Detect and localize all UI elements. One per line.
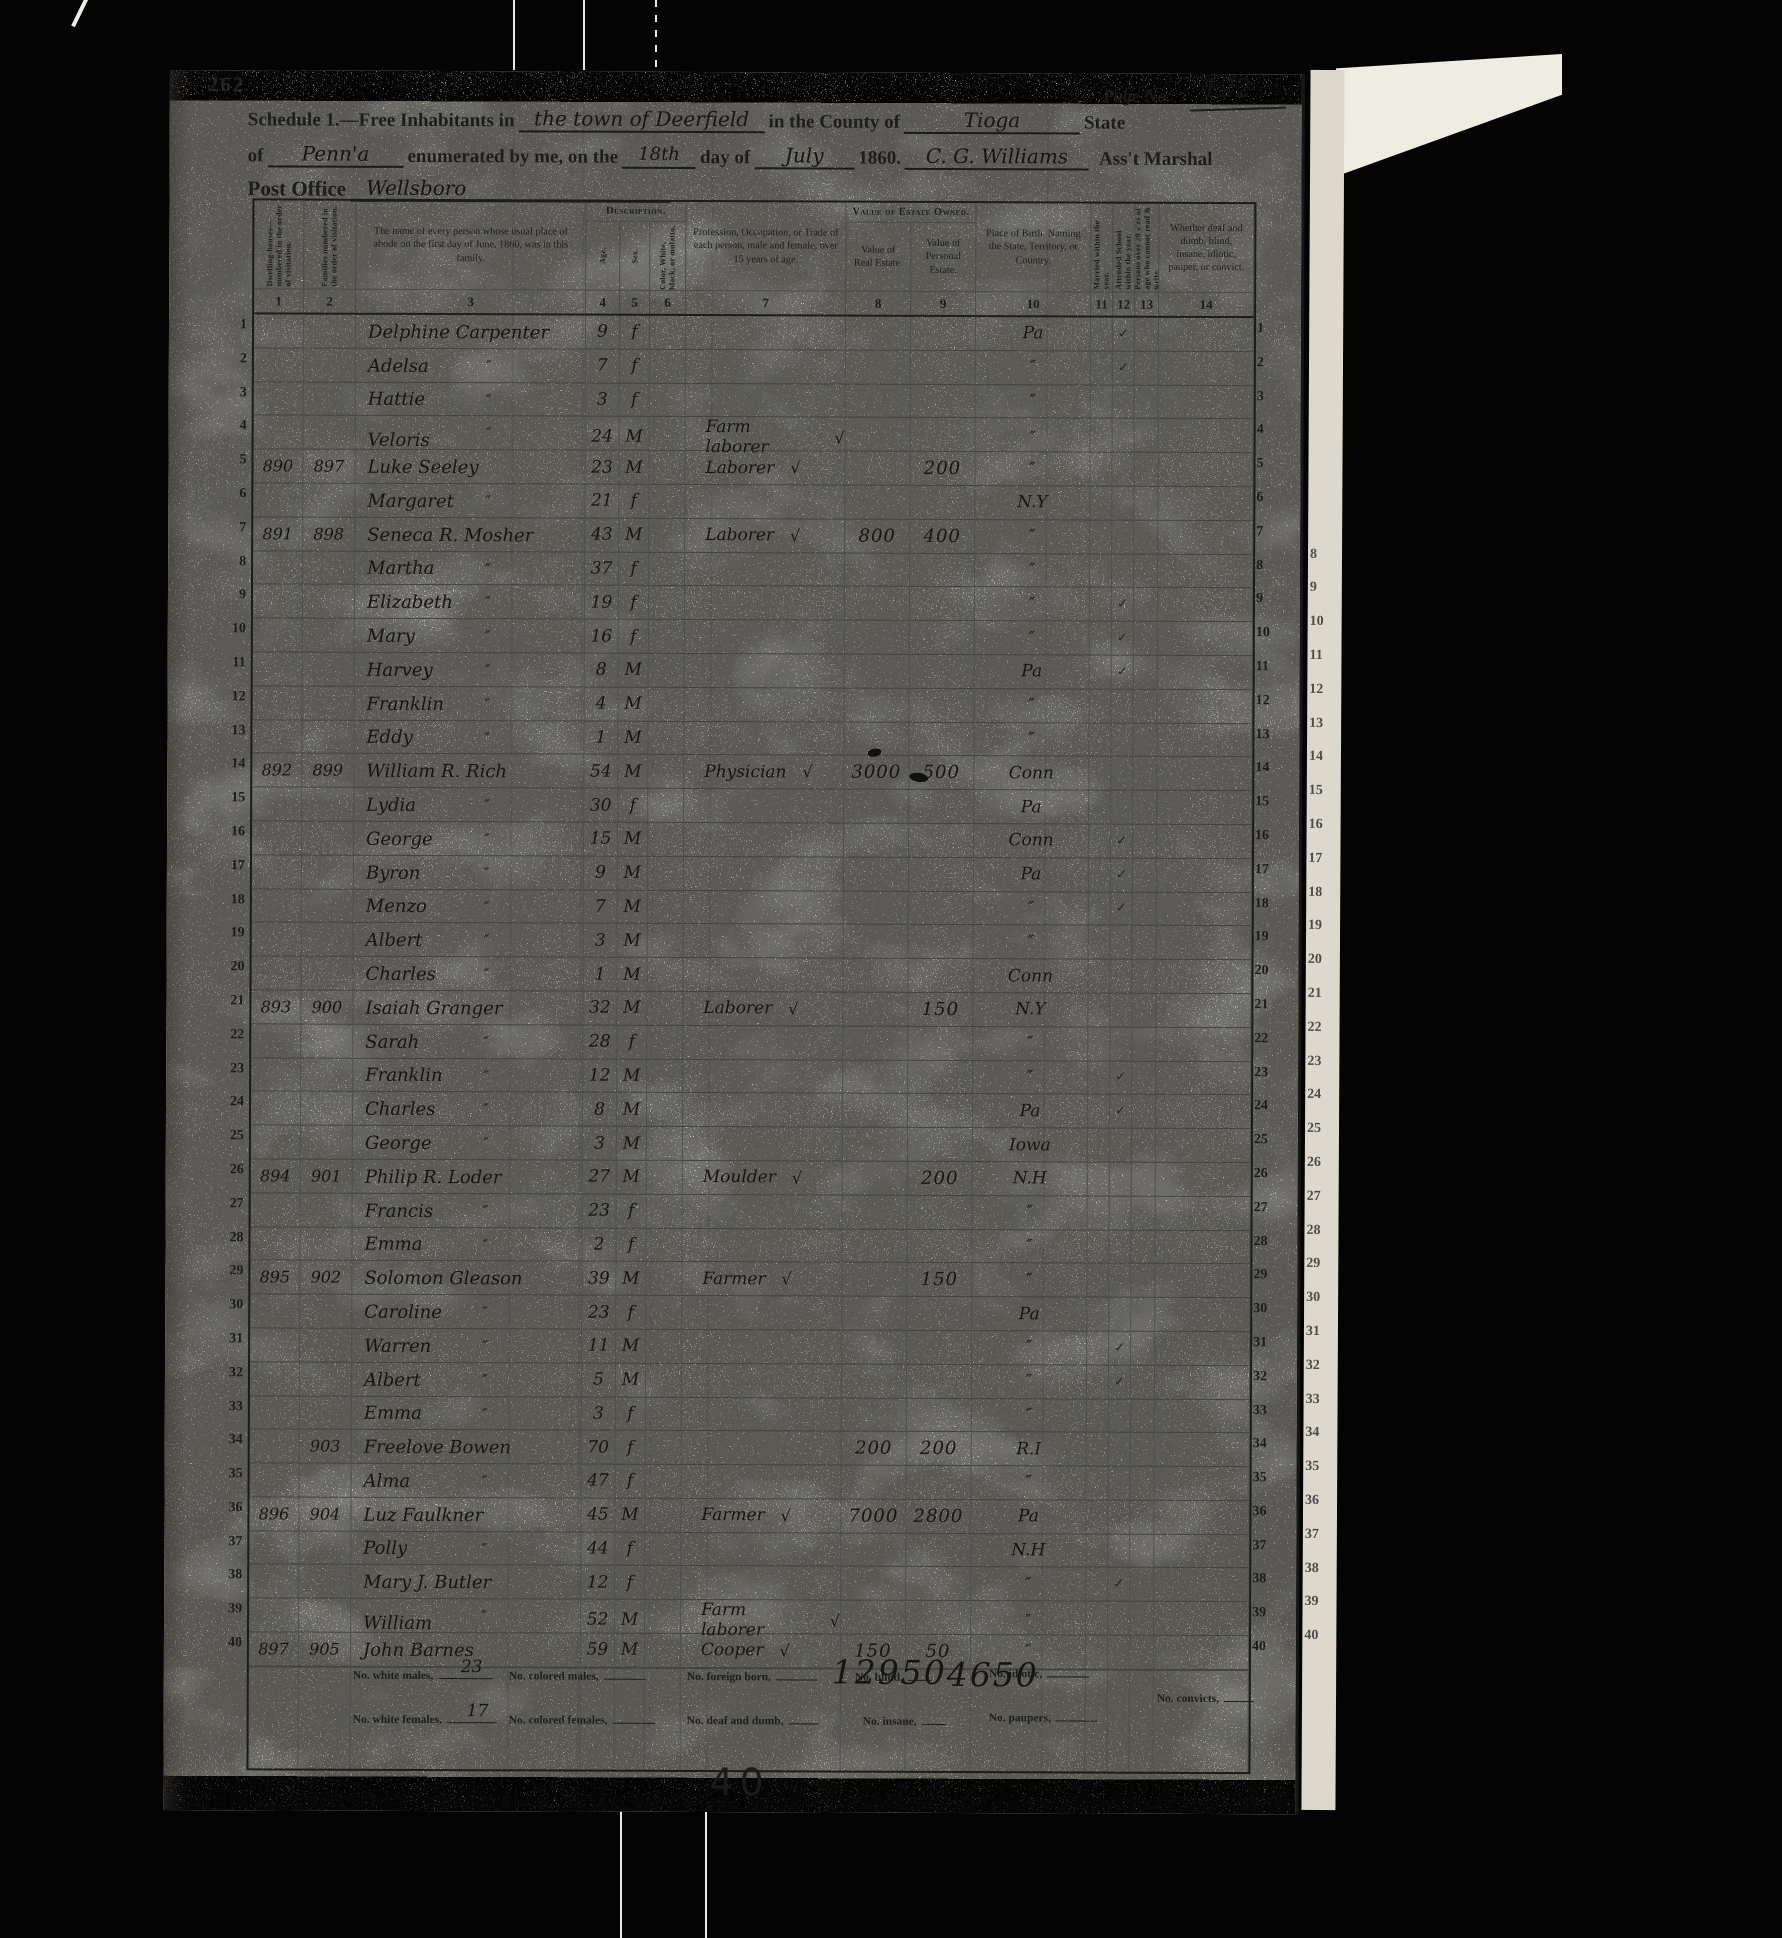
enumeration-tick: √ [830, 1611, 840, 1630]
color-cell [647, 1195, 683, 1228]
person-name: Albert [364, 1365, 421, 1395]
school-check: ✓ [1113, 318, 1135, 351]
birthplace: ″ [973, 1027, 1088, 1060]
edge-row-number: 35 [1305, 1459, 1319, 1475]
table-row: Delphine Carpenter9fPa✓ [254, 314, 1254, 352]
personal-estate-value [908, 959, 973, 992]
dwelling-number: 892 [252, 754, 302, 787]
table-row: Emma″3f″ [250, 1396, 1250, 1434]
sex-value: f [617, 1194, 647, 1227]
census-table: Dwelling-houses—numbered in the order of… [246, 198, 1256, 1774]
name-cell: Solomon Gleason [352, 1261, 582, 1295]
occupation-cell [683, 1060, 843, 1093]
col-num-8: 8 [846, 291, 911, 315]
birthplace: ″ [972, 1365, 1087, 1398]
personal-estate-value: 2800 [906, 1500, 971, 1533]
row-number-right: 28 [1253, 1227, 1281, 1261]
literacy-cell [1131, 1467, 1155, 1500]
family-number [301, 1058, 353, 1091]
color-cell [647, 1093, 683, 1126]
real-estate-value: 800 [845, 519, 910, 552]
age-value: 3 [583, 1127, 617, 1160]
occupation-cell [684, 924, 844, 957]
row-number-right: 9 [1256, 585, 1284, 619]
school-check [1112, 520, 1134, 553]
dwelling-number [250, 1463, 300, 1496]
col-num-10: 10 [976, 291, 1091, 315]
real-estate-value [843, 993, 908, 1026]
remarks-cell [1156, 1095, 1251, 1128]
personal-estate-value [906, 1534, 971, 1567]
personal-estate-value [910, 486, 975, 519]
enumerated-label: enumerated by me, on the [407, 146, 618, 168]
real-estate-value [843, 1026, 908, 1059]
age-value: 7 [586, 349, 620, 382]
married-cell [1088, 1095, 1110, 1128]
family-number [303, 551, 355, 584]
remarks-cell [1158, 690, 1253, 723]
row-number-right: 18 [1255, 889, 1283, 923]
ditto-mark: ″ [485, 661, 491, 679]
row-number-left: 18 [217, 885, 245, 919]
edge-row-number: 13 [1309, 716, 1323, 732]
ditto-mark: ″ [481, 1607, 487, 1625]
row-number-left: 38 [214, 1561, 242, 1595]
table-row: Hattie″3f″ [254, 382, 1254, 420]
month-blank: July [754, 144, 854, 169]
table-row: Polly″44fN.H [249, 1531, 1249, 1569]
ditto-mark: ″ [482, 1236, 488, 1254]
real-estate-value [843, 1094, 908, 1127]
color-cell [646, 1296, 682, 1329]
age-value: 1 [584, 721, 618, 754]
personal-estate-value [909, 722, 974, 755]
edge-row-number: 28 [1306, 1223, 1320, 1239]
person-name: Francis [365, 1196, 434, 1226]
table-row: Veloris″24MFarm laborer√″ [254, 416, 1254, 454]
edge-row-number: 37 [1305, 1527, 1319, 1543]
sex-value: f [616, 1465, 646, 1498]
ditto-mark: ″ [482, 1303, 488, 1321]
school-check [1109, 1467, 1131, 1500]
ditto-mark: ″ [483, 1033, 489, 1051]
row-number-right: 40 [1252, 1632, 1280, 1666]
edge-row-number: 30 [1306, 1290, 1320, 1306]
year-label: 1860. [858, 148, 901, 169]
married-cell [1088, 1061, 1110, 1094]
family-number [301, 1126, 353, 1159]
row-number-left: 30 [215, 1290, 243, 1324]
literacy-cell [1133, 892, 1157, 925]
occupation: Moulder [703, 1167, 776, 1187]
name-cell: Delphine Carpenter [356, 315, 586, 349]
color-cell [647, 1026, 683, 1059]
person-name: Hattie [368, 385, 425, 415]
birthplace: ″ [975, 520, 1090, 553]
edge-row-number: 10 [1310, 614, 1324, 630]
married-cell [1088, 1129, 1110, 1162]
personal-estate-value: 400 [910, 520, 975, 553]
sex-value: M [618, 721, 648, 754]
dwelling-number [252, 889, 302, 922]
school-check [1108, 1501, 1130, 1534]
person-name: Franklin [367, 689, 445, 719]
sex-value: f [615, 1566, 645, 1599]
table-row: Mary″16f″✓ [253, 618, 1253, 656]
family-number [303, 619, 355, 652]
col-name-title: The name of every person whose usual pla… [356, 201, 586, 290]
color-cell [649, 451, 685, 484]
table-row: Margaret″21fN.Y [253, 483, 1253, 521]
day-blank: 18th [622, 144, 696, 169]
row-number-right: 30 [1253, 1294, 1281, 1328]
real-estate-value [842, 1229, 907, 1262]
remarks-cell [1157, 723, 1252, 756]
person-name: Charles [365, 960, 435, 990]
occupation-cell [684, 789, 844, 822]
literacy-cell [1131, 1433, 1155, 1466]
school-check: ✓ [1111, 825, 1133, 858]
age-value: 45 [581, 1498, 615, 1531]
color-cell [648, 857, 684, 890]
row-number-left: 40 [214, 1628, 242, 1662]
name-cell: Francis″ [353, 1193, 583, 1227]
name-cell: Albert″ [354, 923, 584, 957]
age-value: 21 [585, 485, 619, 518]
literacy-cell [1132, 1061, 1156, 1094]
person-name: Harvey [367, 656, 433, 686]
col-num-9: 9 [911, 291, 976, 315]
age-value: 19 [585, 586, 619, 619]
family-number [300, 1362, 352, 1395]
person-name: Margaret [367, 487, 454, 517]
occupation: Laborer [705, 525, 774, 545]
person-name: Philip R. Loder [365, 1162, 502, 1193]
row-number-right: 12 [1256, 686, 1284, 720]
dwelling-number: 891 [253, 517, 303, 550]
married-cell [1086, 1568, 1108, 1601]
table-row: Lydia″30fPa [252, 787, 1252, 825]
dwelling-number [251, 1058, 301, 1091]
ditto-mark: ″ [482, 1472, 488, 1490]
ditto-mark: ″ [483, 1067, 489, 1085]
row-number-right: 5 [1256, 449, 1284, 483]
sex-value: f [618, 789, 648, 822]
age-value: 3 [582, 1397, 616, 1430]
age-value: 43 [585, 518, 619, 551]
remarks-cell [1157, 757, 1252, 790]
occupation: Farmer [701, 1505, 764, 1525]
row-number-right: 16 [1255, 821, 1283, 855]
sex-value: M [618, 823, 648, 856]
family-number [302, 889, 354, 922]
row-number-right: 4 [1257, 416, 1285, 450]
name-cell: Mary J. Butler [351, 1565, 581, 1599]
ditto-mark: ″ [484, 796, 490, 814]
personal-estate-value: 200 [908, 1162, 973, 1195]
person-name: Polly [363, 1534, 407, 1564]
personal-estate-value [907, 1398, 972, 1431]
dwelling-number [250, 1430, 300, 1463]
enumeration-tick: √ [790, 458, 800, 477]
family-number [304, 382, 356, 415]
occupation-cell [683, 1195, 843, 1228]
edge-row-number: 11 [1309, 648, 1322, 664]
school-check [1111, 723, 1133, 756]
birthplace: Conn [973, 959, 1088, 992]
birthplace: ″ [974, 925, 1089, 958]
color-cell [646, 1330, 682, 1363]
person-name: Solomon Gleason [364, 1264, 522, 1295]
table-row: Harvey″8MPa✓ [253, 652, 1253, 690]
real-estate-value [846, 384, 911, 417]
remarks-cell [1155, 1332, 1250, 1365]
name-cell: Philip R. Loder [353, 1160, 583, 1194]
table-row: 892899William R. Rich54MPhysician√300050… [252, 754, 1252, 792]
remarks-cell [1154, 1568, 1249, 1601]
name-cell: Adelsa″ [356, 349, 586, 383]
remarks-cell [1155, 1399, 1250, 1432]
school-check: ✓ [1109, 1365, 1131, 1398]
name-cell: Mary″ [355, 619, 585, 653]
literacy-cell [1132, 1095, 1156, 1128]
personal-estate-value [911, 317, 976, 350]
married-cell [1090, 453, 1112, 486]
name-cell: William R. Rich [354, 754, 584, 788]
row-number-left: 21 [216, 986, 244, 1020]
edge-row-number: 33 [1306, 1392, 1320, 1408]
person-name: Luz Faulkner [363, 1500, 483, 1530]
literacy-cell [1133, 791, 1157, 824]
dwelling-number [253, 585, 303, 618]
birthplace: ″ [975, 689, 1090, 722]
row-number-right: 32 [1253, 1362, 1281, 1396]
col-sex-title: Sex. [630, 248, 639, 263]
remarks-cell [1159, 352, 1254, 385]
row-number-left: 1 [219, 310, 247, 344]
personal-estate-value [911, 351, 976, 384]
sex-value: f [620, 383, 650, 416]
remarks-cell [1159, 385, 1254, 418]
occupation-cell [684, 823, 844, 856]
literacy-cell [1131, 1365, 1155, 1398]
table-row: Emma″2f″ [250, 1227, 1250, 1265]
row-number-right: 2 [1257, 348, 1285, 382]
sex-value: f [619, 552, 649, 585]
color-cell [647, 992, 683, 1025]
name-cell: Margaret″ [355, 484, 585, 518]
real-estate-value [846, 350, 911, 383]
real-estate-value [841, 1567, 906, 1600]
age-value: 4 [585, 687, 619, 720]
dwelling-number [251, 1125, 301, 1158]
row-number-left: 26 [216, 1155, 244, 1189]
name-cell: Caroline″ [352, 1295, 582, 1329]
birthplace: Iowa [973, 1128, 1088, 1161]
person-name: Adelsa [368, 351, 429, 381]
scan-line-bottom-2 [705, 1806, 707, 1938]
real-estate-value [842, 1466, 907, 1499]
ditto-mark: ″ [486, 425, 492, 443]
row-number-left: 8 [218, 547, 246, 581]
scan-line-top-2 [583, 0, 585, 70]
person-name: Martha [367, 554, 434, 584]
row-number-left: 36 [214, 1493, 242, 1527]
name-cell: George″ [354, 822, 584, 856]
insane-label: No. insane, [863, 1713, 946, 1728]
row-number-left: 25 [216, 1121, 244, 1155]
school-check [1109, 1399, 1131, 1432]
color-cell [647, 1059, 683, 1092]
personal-estate-value [910, 553, 975, 586]
family-number: 901 [301, 1159, 353, 1192]
age-value: 8 [583, 1093, 617, 1126]
scan-scratch-mark [71, 0, 89, 27]
row-number-right: 39 [1252, 1598, 1280, 1632]
family-number: 897 [303, 450, 355, 483]
ditto-mark: ″ [482, 1405, 488, 1423]
birthplace: ″ [971, 1568, 1086, 1601]
col-literacy-title: Persons over 20 y'rs of age who cannot r… [1135, 206, 1159, 290]
name-cell: Harvey″ [355, 653, 585, 687]
row-number-left: 33 [215, 1392, 243, 1426]
person-name: Eddy [366, 723, 412, 753]
table-row: 903Freelove Bowen70f200200R.I [250, 1430, 1250, 1468]
ditto-mark: ″ [481, 1540, 487, 1558]
married-cell [1088, 1196, 1110, 1229]
married-cell [1089, 824, 1111, 857]
col-birthplace-title: Place of Birth, Naming the State, Territ… [976, 203, 1091, 291]
remarks-cell [1156, 994, 1251, 1027]
person-name: William R. Rich [366, 757, 507, 788]
real-estate-value [845, 486, 910, 519]
remarks-cell [1155, 1230, 1250, 1263]
sex-value: f [616, 1296, 646, 1329]
left-row-numbers: 1234567891011121314151617181920212223242… [214, 310, 247, 1662]
row-number-right: 19 [1255, 923, 1283, 957]
occupation: Laborer [705, 458, 774, 478]
birthplace: ″ [972, 1399, 1087, 1432]
age-value: 12 [583, 1059, 617, 1092]
married-cell [1087, 1230, 1109, 1263]
name-cell: Charles″ [353, 1092, 583, 1126]
married-cell [1089, 757, 1111, 790]
person-name: George [365, 1129, 432, 1159]
age-value: 8 [585, 654, 619, 687]
table-row: Albert″5M″✓ [250, 1362, 1250, 1400]
color-cell [648, 890, 684, 923]
color-cell [648, 924, 684, 957]
dwelling-number [252, 821, 302, 854]
literacy-cell [1133, 858, 1157, 891]
ditto-mark: ″ [486, 357, 492, 375]
table-row: Byron″9MPa✓ [252, 855, 1252, 893]
row-number-left: 4 [219, 412, 247, 446]
family-number [304, 315, 356, 348]
school-check [1110, 1027, 1132, 1060]
birthplace: ″ [975, 621, 1090, 654]
real-estate-value [842, 1263, 907, 1296]
occupation-cell [685, 553, 845, 586]
age-value: 23 [583, 1194, 617, 1227]
col-married-title: Married within the year. [1092, 206, 1111, 290]
married-cell [1087, 1331, 1109, 1364]
row-number-left: 31 [215, 1324, 243, 1358]
family-number [303, 686, 355, 719]
school-check: ✓ [1112, 622, 1134, 655]
person-name: Lydia [366, 791, 416, 821]
married-cell [1087, 1433, 1109, 1466]
row-number-left: 12 [218, 682, 246, 716]
color-cell [645, 1499, 681, 1532]
table-row: Sarah″28f″ [251, 1024, 1251, 1062]
enumeration-tick: √ [792, 1168, 802, 1187]
name-cell: Charles″ [353, 957, 583, 991]
person-name: Luke Seeley [367, 453, 478, 483]
marshal-signature: C. G. Williams [905, 145, 1089, 171]
row-number-right: 34 [1253, 1429, 1281, 1463]
schedule-title: Schedule 1.—Free Inhabitants in [248, 109, 515, 131]
row-number-right: 10 [1256, 618, 1284, 652]
color-cell [646, 1228, 682, 1261]
married-cell [1088, 993, 1110, 1026]
name-cell: Byron″ [354, 855, 584, 889]
table-row: 891898Seneca R. Mosher43MLaborer√800400″ [253, 517, 1253, 555]
age-value: 9 [584, 856, 618, 889]
name-cell: Seneca R. Mosher [355, 517, 585, 551]
color-cell [650, 316, 686, 349]
row-number-right: 36 [1252, 1497, 1280, 1531]
sex-value: M [618, 890, 648, 923]
birthplace: Pa [976, 317, 1091, 350]
school-check: ✓ [1113, 351, 1135, 384]
personal-estate-value [909, 891, 974, 924]
row-number-left: 34 [215, 1425, 243, 1459]
dwelling-number [249, 1531, 299, 1564]
remarks-cell [1155, 1264, 1250, 1297]
row-number-left: 2 [219, 344, 247, 378]
married-cell [1091, 385, 1113, 418]
family-number [299, 1531, 351, 1564]
occupation-cell: Laborer√ [685, 451, 845, 484]
family-number [303, 483, 355, 516]
personal-estate-value [907, 1365, 972, 1398]
school-check: ✓ [1112, 588, 1134, 621]
real-estate-value [841, 1533, 906, 1566]
row-number-left: 10 [218, 614, 246, 648]
name-cell: Isaiah Granger [353, 991, 583, 1025]
white-females-value: 17 [467, 1701, 489, 1721]
literacy-cell [1132, 994, 1156, 1027]
edge-row-number: 36 [1305, 1493, 1319, 1509]
table-row: 896904Luz Faulkner45MFarmer√70002800Pa [249, 1497, 1249, 1535]
person-name: Emma [364, 1399, 422, 1429]
occupation-cell: Physician√ [684, 755, 844, 788]
literacy-cell [1133, 825, 1157, 858]
row-number-right: 26 [1254, 1159, 1282, 1193]
school-check [1110, 1196, 1132, 1229]
sex-value: M [618, 856, 648, 889]
edge-row-number: 19 [1308, 918, 1322, 934]
married-cell [1089, 791, 1111, 824]
name-cell: Elizabeth″ [355, 585, 585, 619]
dwelling-number [253, 618, 303, 651]
school-check [1111, 926, 1133, 959]
table-row: 894901Philip R. Loder27MMoulder√200N.H [251, 1159, 1251, 1197]
census-sheet: 262 Page No. 122 Schedule 1.—Free Inhabi… [163, 70, 1305, 1814]
ditto-mark: ″ [486, 391, 492, 409]
enumeration-tick: √ [802, 763, 812, 782]
